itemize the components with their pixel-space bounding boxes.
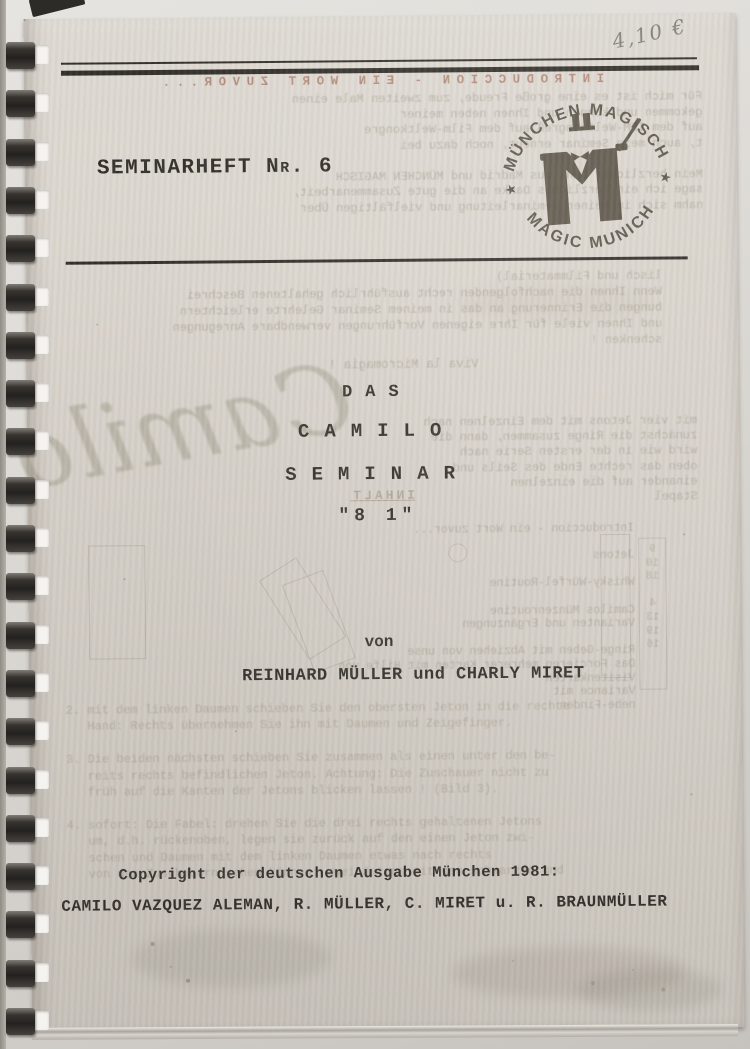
title-line-camilo: CAMILO — [252, 419, 502, 443]
bleedthrough-circle-mark — [448, 543, 467, 562]
copyright-line-2: CAMILO VAZQUEZ ALEMAN, R. MÜLLER, C. MIR… — [61, 893, 617, 916]
binding-tooth — [6, 380, 35, 407]
handwritten-price-note: 4,10 € — [610, 14, 689, 54]
binding-tooth — [29, 0, 86, 17]
punch-hole — [33, 287, 49, 306]
binding-tooth — [6, 90, 35, 117]
binding-tooth — [6, 139, 35, 166]
copyright-line-1: Copyright der deutschen Ausgabe München … — [61, 862, 617, 885]
punch-hole — [33, 142, 49, 161]
punch-hole — [33, 818, 49, 837]
binding-tooth — [6, 332, 35, 359]
page-stack-edge — [32, 1024, 738, 1040]
binding-tooth — [6, 767, 35, 794]
binding-tooth — [6, 42, 35, 69]
binding-tooth — [6, 815, 35, 842]
punch-hole — [33, 963, 49, 982]
punch-hole — [33, 93, 49, 112]
binding-tooth — [6, 1008, 35, 1035]
punch-hole — [33, 673, 49, 692]
bleedthrough-inhalt-heading: INHALT — [328, 488, 438, 504]
punch-hole — [33, 190, 49, 209]
binding-tooth — [6, 284, 35, 311]
punch-hole — [33, 721, 49, 740]
punch-hole — [33, 335, 49, 354]
title-line-das: DAS — [252, 382, 502, 403]
binding-tooth — [6, 235, 35, 262]
series-label: SEMINARHEFT Nr. 6 — [97, 155, 333, 180]
authors-line: REINHARD MÜLLER und CHARLY MIRET — [229, 664, 597, 686]
bleedthrough-instructions: 2. mit dem linken Daumen schieben Sie de… — [66, 697, 714, 883]
magic-munich-club-stamp: MÜNCHEN MAGISCH MAGIC MUNICH ★ ★ — [490, 69, 684, 263]
punch-hole — [33, 431, 49, 450]
bleedthrough-card-diagram — [88, 545, 146, 659]
booklet-cover-page: 4,10 € INTRODUCCION - EIN WORT ZUVOR... … — [24, 13, 745, 1033]
punch-hole — [33, 914, 49, 933]
binding-tooth — [6, 525, 35, 552]
punch-hole — [33, 45, 49, 64]
bleedthrough-card-diagram — [600, 534, 631, 678]
stamp-star-right-icon: ★ — [658, 165, 674, 189]
binding-tooth — [6, 960, 35, 987]
punch-hole — [33, 576, 49, 595]
binding-tooth — [6, 911, 35, 938]
binding-tooth — [6, 863, 35, 890]
stamp-arc-bottom-text: MAGIC MUNICH — [522, 200, 661, 257]
mid-rule — [66, 256, 688, 264]
binding-tooth — [6, 187, 35, 214]
punch-hole — [33, 866, 49, 885]
binding-tooth — [6, 573, 35, 600]
bleedthrough-card-diagram — [638, 538, 667, 690]
binding-tooth — [6, 622, 35, 649]
paper-smudge — [577, 968, 722, 1011]
title-block: DAS CAMILO SEMINAR "8 1" — [249, 15, 499, 17]
punch-hole — [33, 1011, 49, 1030]
title-line-seminar: SEMINAR — [252, 462, 502, 486]
stamp-star-left-icon: ★ — [501, 177, 520, 202]
punch-hole — [33, 528, 49, 547]
punch-hole — [33, 625, 49, 644]
punch-hole — [33, 480, 49, 499]
binding-tooth — [6, 718, 35, 745]
byline-prefix: von — [254, 632, 504, 652]
punch-hole — [33, 238, 49, 257]
top-rule-thin — [61, 57, 697, 65]
binding-tooth — [6, 477, 35, 504]
punch-hole — [33, 383, 49, 402]
binding-tooth — [6, 428, 35, 455]
binding-tooth — [6, 670, 35, 697]
paper-smudge — [132, 928, 332, 988]
punch-hole — [33, 770, 49, 789]
comb-binding — [0, 0, 60, 1049]
